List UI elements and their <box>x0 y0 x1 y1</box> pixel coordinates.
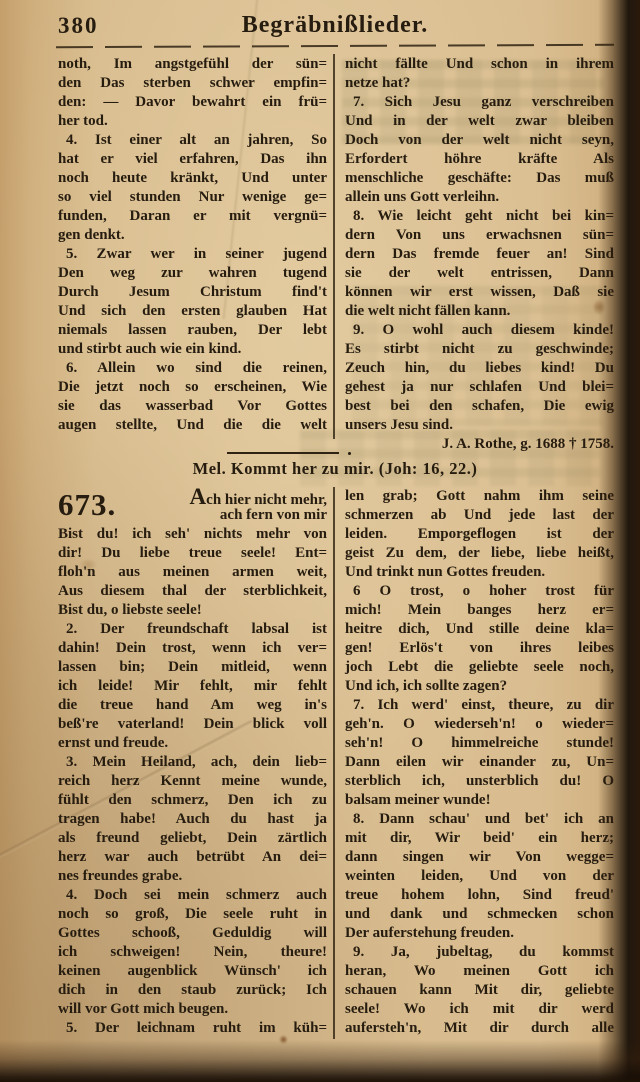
verse-line: Den weg zur wahren tugend <box>58 264 327 283</box>
verse-line: als freund geliebt, Dein zärtlich <box>58 829 327 848</box>
verse-line: 5. Der leichnam ruht im küh= <box>58 1019 327 1038</box>
verse-line: her tod. <box>58 112 327 131</box>
verse-paragraph: 5. Zwar wer in seiner jugendDen weg zur … <box>58 245 327 359</box>
verse-line: mit dir, Wir beid' ein herz; <box>345 829 614 848</box>
verse-line: funden, Daran er mit vergnü= <box>58 207 327 226</box>
hymn-673-opening-lines: Ach hier nicht mehr, ach fern von mir <box>160 487 327 525</box>
hymn-673-right-column: len grab; Gott nahm ihm seineschmerzen a… <box>345 487 614 1038</box>
verse-line: 9. Ja, jubeltag, du kommst <box>345 943 614 962</box>
verse-line: netze hat? <box>345 74 614 93</box>
page-edge-shadow-bottom <box>0 1040 640 1082</box>
verse-line: nes freundes grabe. <box>58 867 327 886</box>
verse-line: sie das wasserbad Vor Gottes <box>58 397 327 416</box>
verse-line: dich in den staub zurück; Ich <box>58 981 327 1000</box>
verse-paragraph: 7. Sich Jesu ganz verschreibenUnd in der… <box>345 93 614 207</box>
verse-line: schmerzen ab Und jede last der <box>345 506 614 525</box>
verse-line: und stirbt auch wie ein kind. <box>58 340 327 359</box>
verse-line: ernst und freude. <box>58 734 327 753</box>
verse-line: Und trinkt nun Gottes freuden. <box>345 563 614 582</box>
verse-line: unsers Jesu sind. <box>345 416 614 435</box>
verse-paragraph: 3. Mein Heiland, ach, dein lieb=reich he… <box>58 753 327 886</box>
verse-line: best bei den schafen, Die ewig <box>345 397 614 416</box>
previous-hymn-right-column: nicht fällte Und schon in ihremnetze hat… <box>345 55 614 454</box>
verse-line: Und in der welt zwar bleiben <box>345 112 614 131</box>
verse-line: noch heute kränkt, Und unter <box>58 169 327 188</box>
verse-line: augen stellte, Und die die welt <box>58 416 327 435</box>
verse-line: floh'n aus meinen armen weit, <box>58 563 327 582</box>
verse-line: so viel stunden Nur wenige ge= <box>58 188 327 207</box>
verse-line: ich schweigen! Nein, theure! <box>58 943 327 962</box>
verse-line: Es stirbt nicht zu geschwinde; <box>345 340 614 359</box>
verse-line: Durch Jesum Christum find't <box>58 283 327 302</box>
verse-line: Bist du, o liebste seele! <box>58 601 327 620</box>
verse-line: nicht fällte Und schon in ihrem <box>345 55 614 74</box>
verse-line: Aus diesem thal der sterblichkeit, <box>58 582 327 601</box>
verse-line: Der auferstehung freuden. <box>345 924 614 943</box>
verse-line: 2. Der freundschaft labsal ist <box>58 620 327 639</box>
verse-line: len grab; Gott nahm ihm seine <box>345 487 614 506</box>
page-title: Begräbnißlieder. <box>58 11 612 39</box>
verse-line: schauen kann Mit dir, geliebte <box>345 981 614 1000</box>
verse-paragraph: 2. Der freundschaft labsal istdahin! Dei… <box>58 620 327 753</box>
verse-paragraph: nicht fällte Und schon in ihremnetze hat… <box>345 55 614 93</box>
verse-line: noth, Im angstgefühl der sün= <box>58 55 327 74</box>
verse-line: treue hohem lohn, Sind freud' <box>345 886 614 905</box>
verse-line: dern Von uns erwachsnen sün= <box>345 226 614 245</box>
verse-line: 8. Dann schau' und bet' ich an <box>345 810 614 829</box>
verse-line: ich leide! Mir fehlt, mir fehlt <box>58 677 327 696</box>
verse-paragraph: 5. Der leichnam ruht im küh= <box>58 1019 327 1038</box>
opening-line: Ach hier nicht mehr, <box>160 487 327 506</box>
verse-line: 6. Allein wo sind die reinen, <box>58 359 327 378</box>
verse-line: seele! Wo ich mit dir werd <box>345 1000 614 1019</box>
verse-line: Dann eilen wir einander zu, Un= <box>345 753 614 772</box>
verse-line: will vor Gott mich beugen. <box>58 1000 327 1019</box>
verse-line: Erfordert höhre kräfte Als <box>345 150 614 169</box>
verse-line: hat er viel erfahren, Das ihn <box>58 150 327 169</box>
verse-paragraph: 6. Allein wo sind die reinen,Die jetzt n… <box>58 359 327 435</box>
verse-line: 7. Sich Jesu ganz verschreiben <box>345 93 614 112</box>
verse-line: Gottes schooß, Geduldig will <box>58 924 327 943</box>
verse-line: Bist du! ich seh' nichts mehr von <box>58 525 327 544</box>
verse-line: leiden. Emporgeflogen ist der <box>345 525 614 544</box>
verse-line: herz war auch betrübt An dei= <box>58 848 327 867</box>
verse-line: sterblich ich, unsterblich du! O <box>345 772 614 791</box>
verse-line: balsam meiner wunde! <box>345 791 614 810</box>
verse-line: dir! Du liebe treue seele! Ent= <box>58 544 327 563</box>
page-edge-shadow-right <box>598 0 640 1082</box>
hymnal-scanned-page: 380 Begräbnißlieder. noth, Im angstgefüh… <box>0 0 640 1082</box>
verse-line: dern Das fremde feuer an! Sind <box>345 245 614 264</box>
hymn-673-left-column: 673. Ach hier nicht mehr, ach fern von m… <box>58 487 327 1038</box>
hymn-673-heading: 673. Ach hier nicht mehr, ach fern von m… <box>58 487 327 525</box>
verse-line: allein uns Gott verleihn. <box>345 188 614 207</box>
verse-line: und dank und schmecken schon <box>345 905 614 924</box>
verse-line: niemals lassen rauben, Der lebt <box>58 321 327 340</box>
verse-line: können wir erst wissen, Daß sie <box>345 283 614 302</box>
melody-line: Mel. Kommt her zu mir. (Joh: 16, 22.) <box>58 459 612 479</box>
hymn-673-section: 673. Ach hier nicht mehr, ach fern von m… <box>58 487 614 1038</box>
header-rule <box>56 44 614 49</box>
verse-line: die welt nicht fällen kann. <box>345 302 614 321</box>
column-divider <box>333 487 335 1039</box>
verse-line: 4. Ist einer alt an jahren, So <box>58 131 327 150</box>
hymn-number: 673. <box>58 487 160 525</box>
verse-line: 7. Ich werd' einst, theure, zu dir <box>345 696 614 715</box>
verse-line: weinten leiden, Und von der <box>345 867 614 886</box>
verse-line: J. A. Rothe, g. 1688 † 1758. <box>345 435 614 454</box>
verse-line: fühlt den schmerz, Den ich zu <box>58 791 327 810</box>
verse-line: mich! Mein banges herz er= <box>345 601 614 620</box>
verse-line: noch so groß, Die seele ruht in <box>58 905 327 924</box>
verse-paragraph: 4. Doch sei mein schmerz auchnoch so gro… <box>58 886 327 1019</box>
verse-line: seh'n! O himmelreiche stunde! <box>345 734 614 753</box>
verse-line: heitre dich, Und stille deine kla= <box>345 620 614 639</box>
verse-line: joch Lebt die geliebte seele noch, <box>345 658 614 677</box>
verse-paragraph: 6 O trost, o hoher trost fürmich! Mein b… <box>345 582 614 696</box>
verse-paragraph: 8. Dann schau' und bet' ich anmit dir, W… <box>345 810 614 943</box>
column-divider <box>333 54 335 439</box>
verse-paragraph: 4. Ist einer alt an jahren, Sohat er vie… <box>58 131 327 245</box>
hymn-separator-rule <box>227 452 339 454</box>
previous-hymn-left-column: noth, Im angstgefühl der sün=den Das ste… <box>58 55 327 454</box>
verse-paragraph: noth, Im angstgefühl der sün=den Das ste… <box>58 55 327 131</box>
verse-line: 9. O wohl auch diesem kinde! <box>345 321 614 340</box>
verse-line: reich herz Kennt meine wunde, <box>58 772 327 791</box>
verse-line: dahin! Dein trost, wenn ich ver= <box>58 639 327 658</box>
verse-line: Und sich den ersten glauben Hat <box>58 302 327 321</box>
verse-line: sie der welt entrissen, Dann <box>345 264 614 283</box>
hymn-673-left-verses: Bist du! ich seh' nichts mehr vondir! Du… <box>58 525 327 1038</box>
attribution: J. A. Rothe, g. 1688 † 1758. <box>345 435 614 454</box>
verse-line: lassen bin; Dein mitleid, wenn <box>58 658 327 677</box>
verse-paragraph: Bist du! ich seh' nichts mehr vondir! Du… <box>58 525 327 620</box>
verse-paragraph: 8. Wie leicht geht nicht bei kin=dern Vo… <box>345 207 614 321</box>
verse-paragraph: 9. O wohl auch diesem kinde!Es stirbt ni… <box>345 321 614 435</box>
verse-line: tragen habe! Auch du hast ja <box>58 810 327 829</box>
verse-line: gen! Erlös't von ihres leibes <box>345 639 614 658</box>
verse-line: den Das sterben schwer empfin= <box>58 74 327 93</box>
verse-line: gen denkt. <box>58 226 327 245</box>
verse-line: Doch von der welt nicht seyn, <box>345 131 614 150</box>
verse-line: die treue hand Am weg in's <box>58 696 327 715</box>
verse-line: geist Zu dem, der liebe, liebe heißt, <box>345 544 614 563</box>
verse-paragraph: 9. Ja, jubeltag, du kommstheran, Wo mein… <box>345 943 614 1038</box>
verse-line: menschliche geschäfte: Das muß <box>345 169 614 188</box>
verse-line: beß're vaterland! Dein blick voll <box>58 715 327 734</box>
verse-line: 5. Zwar wer in seiner jugend <box>58 245 327 264</box>
verse-line: aufersteh'n, Mit dir durch alle <box>345 1019 614 1038</box>
opening-line: ach fern von mir <box>160 506 327 525</box>
verse-line: keinen augenblick Wünsch' ich <box>58 962 327 981</box>
verse-line: geh'n. O wiederseh'n! o wieder= <box>345 715 614 734</box>
verse-line: gehest ja nur schlafen Und blei= <box>345 378 614 397</box>
verse-line: dann singen wir Von wegge= <box>345 848 614 867</box>
verse-line: 8. Wie leicht geht nicht bei kin= <box>345 207 614 226</box>
verse-paragraph: 7. Ich werd' einst, theure, zu dirgeh'n.… <box>345 696 614 810</box>
verse-line: Zeuch hin, du liebes kind! Du <box>345 359 614 378</box>
verse-line: heran, Wo meinen Gott ich <box>345 962 614 981</box>
verse-line: Die jetzt noch so erscheinen, Wie <box>58 378 327 397</box>
verse-line: 6 O trost, o hoher trost für <box>345 582 614 601</box>
verse-paragraph: len grab; Gott nahm ihm seineschmerzen a… <box>345 487 614 582</box>
verse-line: 4. Doch sei mein schmerz auch <box>58 886 327 905</box>
verse-line: Und ich, ich sollte zagen? <box>345 677 614 696</box>
verse-line: 3. Mein Heiland, ach, dein lieb= <box>58 753 327 772</box>
previous-hymn-section: noth, Im angstgefühl der sün=den Das ste… <box>58 55 614 454</box>
verse-line: den: — Davor bewahrt ein frü= <box>58 93 327 112</box>
